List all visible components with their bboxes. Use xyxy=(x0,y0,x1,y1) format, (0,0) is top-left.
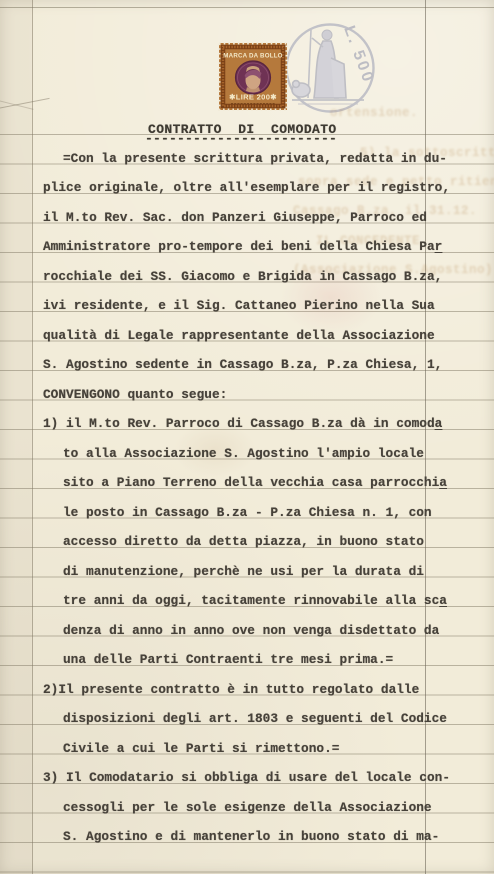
typed-row: =Con la presente scrittura privata, reda… xyxy=(63,149,447,169)
stamp-portrait xyxy=(245,66,262,93)
stamp-denomination: ✱LIRE 200✱ xyxy=(229,93,277,102)
typed-row: plice originale, oltre all'esemplare per… xyxy=(43,178,450,198)
stamp-header: MARCA DA BOLLO xyxy=(223,53,282,60)
typed-row: denza di anno in anno ove non venga disd… xyxy=(63,621,439,641)
typed-row: 2)Il presente contratto è in tutto regol… xyxy=(43,680,419,700)
typed-row: S. Agostino sedente in Cassago B.za, P.z… xyxy=(43,355,442,375)
bleed-through-text: ortensione. xyxy=(330,106,418,120)
left-margin-line xyxy=(32,0,33,874)
typed-row: tre anni da oggi, tacitamente rinnovabil… xyxy=(63,591,447,611)
typed-row: cessogli per le sole esigenze della Asso… xyxy=(63,798,432,818)
typed-row: rocchiale dei SS. Giacomo e Brigida in C… xyxy=(43,267,442,287)
typed-row: le posto in Cassago B.za - P.za Chiesa n… xyxy=(63,503,432,523)
typed-row: Civile a cui le Parti si rimettono.= xyxy=(63,739,339,759)
typed-row: ivi residente, e il Sig. Cattaneo Pierin… xyxy=(43,296,435,316)
typed-row: Amministratore pro-tempore dei beni dell… xyxy=(43,237,442,257)
typed-row: il M.to Rev. Sac. don Panzeri Giuseppe, … xyxy=(43,208,427,228)
typed-row: qualità di Legale rappresentante della A… xyxy=(43,326,435,346)
typed-row: accesso diretto da detta piazza, in buon… xyxy=(63,532,424,552)
title-underline: ------------------------ xyxy=(145,131,337,147)
revenue-stamp: MARCA DA BOLLO ✱LIRE 200✱ xyxy=(218,42,288,111)
typed-row: di manutenzione, perchè ne usi per la du… xyxy=(63,562,424,582)
typed-row: CONVENGONO quanto segue: xyxy=(43,385,227,405)
scanned-contract-page: L. 500 MARCA DA BOLLO ✱LIRE 200✱ ortensi… xyxy=(0,0,494,874)
typed-row: 1) il M.to Rev. Parroco di Cassago B.za … xyxy=(43,414,442,434)
typed-row: to alla Associazione S. Agostino l'ampio… xyxy=(63,444,424,464)
right-margin-line xyxy=(425,0,426,874)
typed-row: sito a Piano Terreno della vecchia casa … xyxy=(63,473,447,493)
typed-row: S. Agostino e di mantenerlo in buono sta… xyxy=(63,827,439,847)
embossed-seal: L. 500 xyxy=(284,18,376,118)
top-ruled-line xyxy=(0,7,494,8)
typed-row: una delle Parti Contraenti tre mesi prim… xyxy=(63,650,393,670)
typed-row: 3) Il Comodatario si obbliga di usare de… xyxy=(43,768,450,788)
typed-row: disposizioni degli art. 1803 e seguenti … xyxy=(63,709,447,729)
